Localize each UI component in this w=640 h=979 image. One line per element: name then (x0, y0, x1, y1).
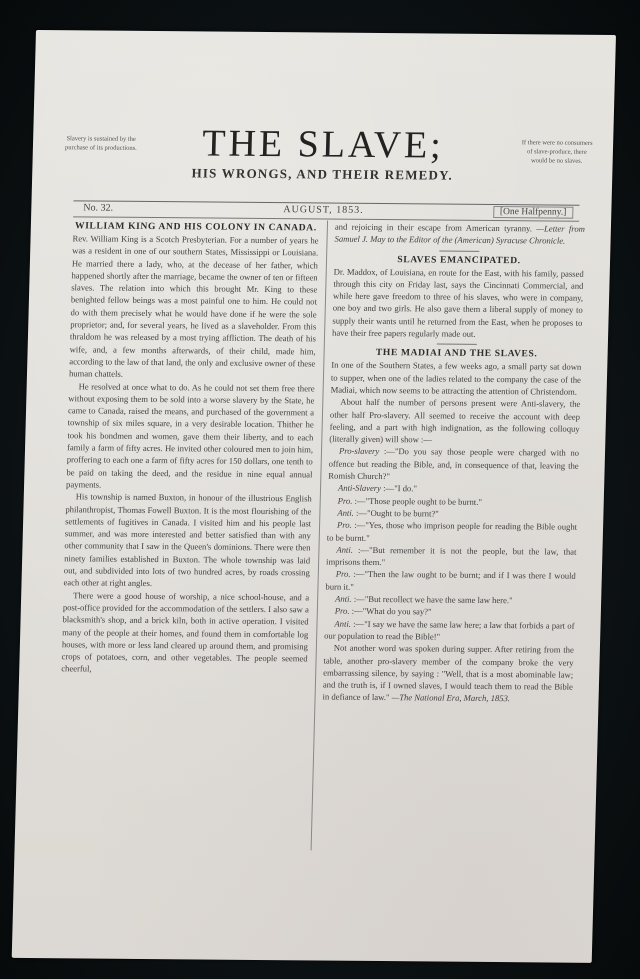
dialogue: Pro-slavery :—"Do you say those people w… (324, 445, 579, 644)
speaker: Pro. (336, 569, 351, 579)
issue-date: AUGUST, 1853. (283, 204, 364, 216)
article-columns: WILLIAM KING AND HIS COLONY IN CANADA. R… (54, 218, 581, 882)
closing-source: —The National Era, March, 1853. (392, 693, 511, 704)
paragraph: About half the number of persons present… (329, 396, 580, 447)
speaker: Pro. (338, 495, 353, 505)
line: :—"Ought to be burnt?" (356, 508, 439, 519)
issue-price: [One Halfpenny.] (493, 206, 574, 219)
speaker: Anti. (336, 544, 353, 554)
speaker: Pro. (337, 520, 352, 530)
dialogue-line: Pro. :—"Then the law ought to be burnt; … (325, 568, 576, 595)
line: :—"I say we have the same law here; a la… (324, 618, 575, 641)
speaker: Anti. (334, 618, 351, 628)
speaker: Pro-slavery (339, 446, 380, 456)
paragraph-continuation: and rejoicing in their escape from Ameri… (334, 221, 585, 248)
paragraph: Rev. William King is a Scotch Presbyteri… (69, 232, 319, 382)
paragraph: In one of the Southern States, a few wee… (330, 359, 581, 398)
section-separator (439, 250, 479, 251)
line: :—"But recollect we have the same law he… (354, 594, 513, 605)
right-column: and rejoicing in their escape from Ameri… (322, 221, 585, 706)
continuation-text: and rejoicing in their escape from Ameri… (335, 222, 532, 234)
paragraph: There were a good house of worship, a ni… (61, 589, 309, 677)
motto-right: If there were no consumers of slave-prod… (519, 138, 596, 166)
newspaper-page: Slavery is sustained by the purchase of … (12, 30, 616, 963)
section-separator (437, 344, 477, 345)
dialogue-line: Anti. :—"But remember it is not the peop… (326, 543, 577, 570)
paragraph: His township is named Buxton, in honour … (63, 491, 312, 592)
line: :—"Those people ought to be burnt." (355, 495, 483, 506)
article-heading-emancipated: SLAVES EMANCIPATED. (334, 253, 584, 266)
speaker: Pro. (335, 606, 350, 616)
speaker: Anti. (337, 508, 354, 518)
line: :—"What do you say?" (352, 606, 432, 617)
masthead: Slavery is sustained by the purchase of … (31, 102, 614, 207)
line: :—"Then the law ought to be burnt; and i… (325, 569, 576, 591)
line: :—"But remember it is not the people, bu… (326, 545, 577, 568)
issue-number: No. 32. (83, 202, 113, 213)
dialogue-line: Pro. :—"Yes, those who imprison people f… (327, 519, 578, 546)
dialogue-line: Pro-slavery :—"Do you say those people w… (328, 445, 579, 484)
left-column: WILLIAM KING AND HIS COLONY IN CANADA. R… (61, 218, 319, 677)
dialogue-line: Anti. :—"I say we have the same law here… (324, 617, 575, 644)
line: :—"I do." (383, 483, 417, 493)
article-heading-madiai: THE MADIAI AND THE SLAVES. (331, 347, 581, 360)
article-heading-king: WILLIAM KING AND HIS COLONY IN CANADA. (73, 220, 319, 233)
paragraph: Dr. Maddox, of Louisiana, en route for t… (332, 265, 584, 341)
paragraph-closing: Not another word was spoken during suppe… (322, 642, 574, 706)
paragraph: He resolved at once what to do. As he co… (66, 380, 315, 493)
line: :—"Yes, those who imprison people for re… (327, 520, 578, 542)
speaker: Anti. (335, 594, 352, 604)
speaker: Anti-Slavery (338, 483, 381, 493)
